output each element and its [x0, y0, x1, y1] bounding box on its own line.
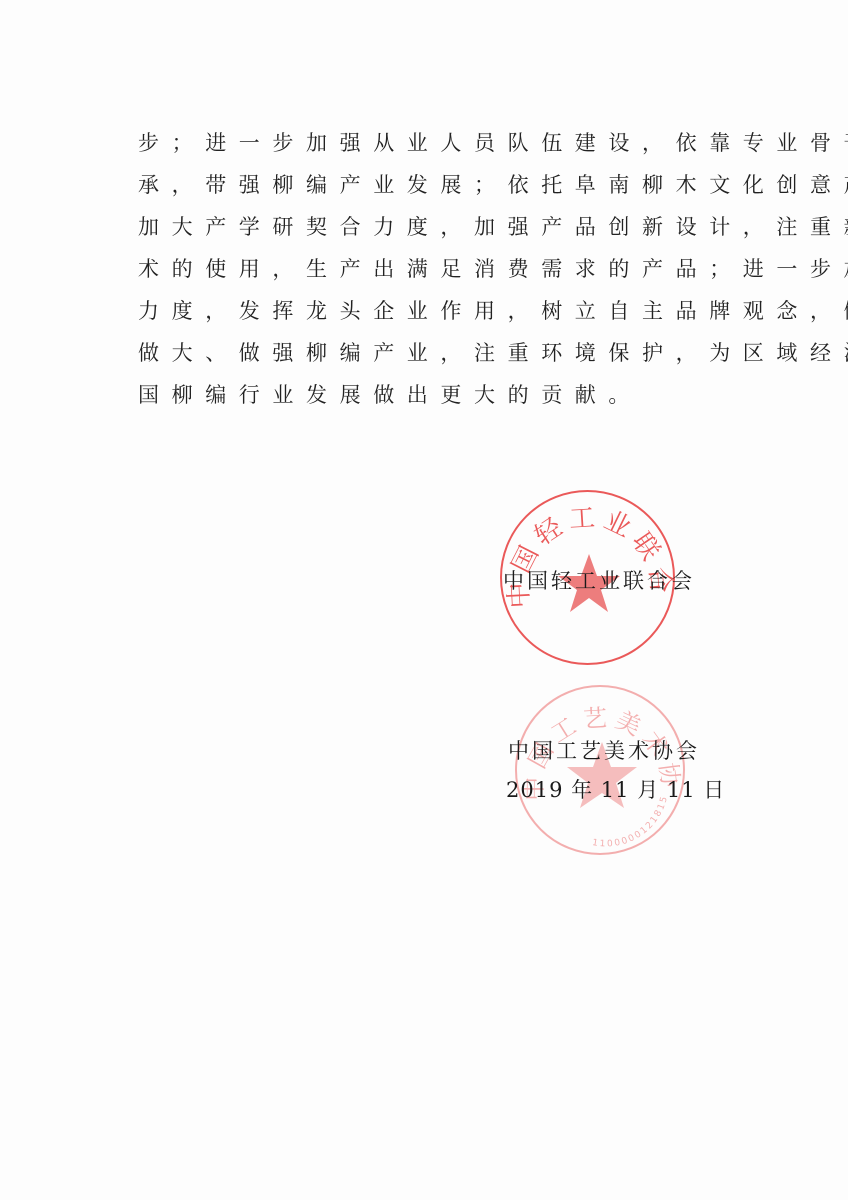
paragraph-line: 术的使用，生产出满足消费需求的产品；进一步加大资金扶持	[138, 248, 748, 290]
signatory-light-industry-council: 中国轻工业联合会	[503, 565, 695, 595]
document-page: 步；进一步加强从业人员队伍建设，依靠专业骨干带动技艺传 承，带强柳编产业发展；依…	[0, 0, 848, 1200]
body-paragraph: 步；进一步加强从业人员队伍建设，依靠专业骨干带动技艺传 承，带强柳编产业发展；依…	[138, 122, 748, 416]
paragraph-line: 承，带强柳编产业发展；依托阜南柳木文化创意产业园平台，	[138, 164, 748, 206]
seal-star-icon: 中国工艺美术协会 1100000121815	[517, 687, 687, 857]
paragraph-line: 加大产学研契合力度，加强产品创新设计，注重新材料、新技	[138, 206, 748, 248]
official-seal-arts-crafts: 中国工艺美术协会 1100000121815	[515, 685, 685, 855]
paragraph-line: 做大、做强柳编产业，注重环境保护，为区域经济发展，为我	[138, 332, 748, 374]
signatory-arts-crafts-association: 中国工艺美术协会	[508, 735, 700, 765]
paragraph-line: 国柳编行业发展做出更大的贡献。	[138, 374, 748, 416]
signature-date: 2019 年 11 月 11 日	[506, 774, 725, 804]
paragraph-line: 步；进一步加强从业人员队伍建设，依靠专业骨干带动技艺传	[138, 122, 748, 164]
paragraph-line: 力度，发挥龙头企业作用，树立自主品牌观念，做精、做特、	[138, 290, 748, 332]
